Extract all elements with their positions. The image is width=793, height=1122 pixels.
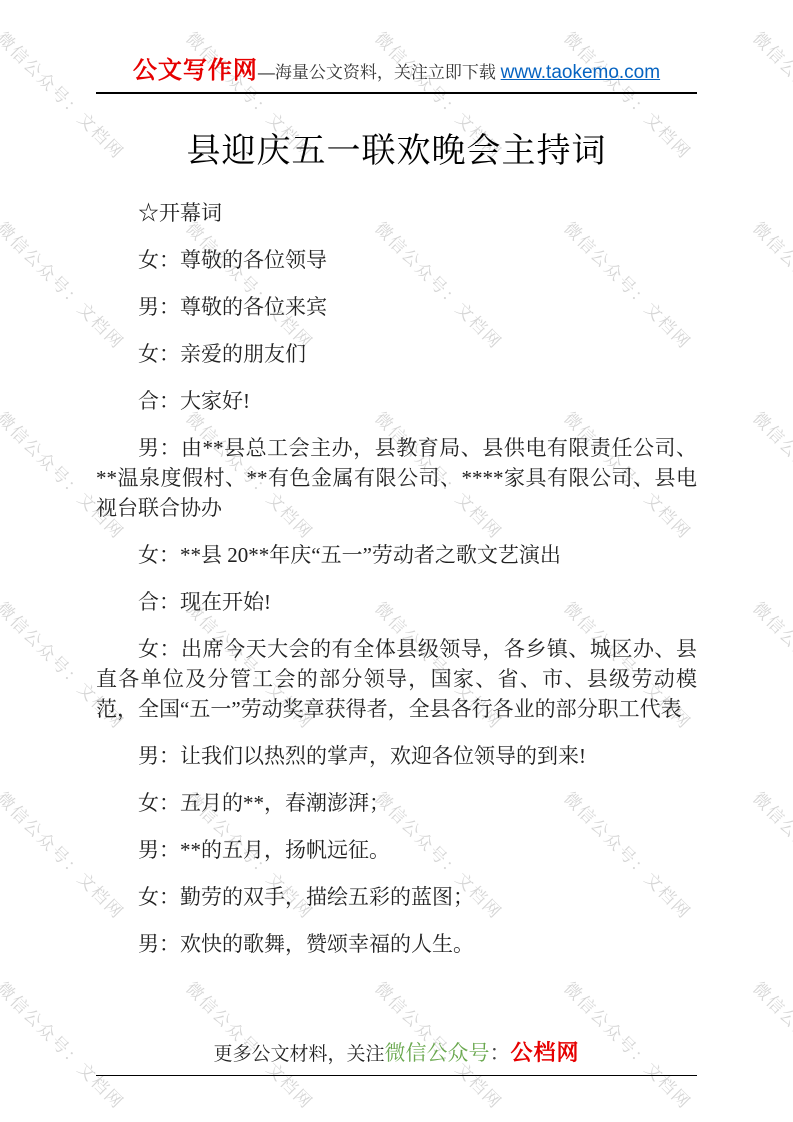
script-line: 合：大家好! xyxy=(96,386,697,416)
page-content: 公文写作网—海量公文资料，关注立即下载 www.taokemo.com 县迎庆五… xyxy=(0,0,793,959)
script-line: 合：现在开始! xyxy=(96,587,697,617)
document-title: 县迎庆五一联欢晚会主持词 xyxy=(0,130,793,174)
script-line: 女：**县 20**年庆“五一”劳动者之歌文艺演出 xyxy=(96,540,697,570)
document-body: ☆开幕词 女：尊敬的各位领导 男：尊敬的各位来宾 女：亲爱的朋友们 合：大家好!… xyxy=(96,198,697,959)
header-tagline: —海量公文资料，关注立即下载 xyxy=(258,63,501,82)
footer-divider xyxy=(96,1075,697,1076)
document-page: 微信公众号：文档网微信公众号：文档网微信公众号：文档网微信公众号：文档网微信公众… xyxy=(0,0,793,1122)
script-line: ☆开幕词 xyxy=(96,198,697,228)
footer-brand: 公档网 xyxy=(511,1040,580,1065)
footer-colon: ： xyxy=(490,1042,511,1065)
header-download-link[interactable]: www.taokemo.com xyxy=(501,62,660,83)
script-line: 女：出席今天大会的有全体县级领导，各乡镇、城区办、县直各单位及分管工会的部分领导… xyxy=(96,634,697,724)
site-logo-text: 公文写作网 xyxy=(133,57,258,84)
footer-wechat-label: 微信公众号 xyxy=(385,1042,490,1065)
page-footer: 更多公文材料，关注微信公众号：公档网 xyxy=(0,1036,793,1076)
script-line: 男：欢快的歌舞，赞颂幸福的人生。 xyxy=(96,929,697,959)
script-line: 女：亲爱的朋友们 xyxy=(96,339,697,369)
page-header: 公文写作网—海量公文资料，关注立即下载 www.taokemo.com xyxy=(0,0,793,85)
script-line: 女：五月的**，春潮澎湃； xyxy=(96,788,697,818)
script-line: 男：尊敬的各位来宾 xyxy=(96,292,697,322)
script-line: 男：**的五月，扬帆远征。 xyxy=(96,835,697,865)
script-line: 男：由**县总工会主办，县教育局、县供电有限责任公司、**温泉度假村、**有色金… xyxy=(96,433,697,523)
footer-text: 更多公文材料，关注 xyxy=(213,1044,384,1065)
script-line: 男：让我们以热烈的掌声，欢迎各位领导的到来! xyxy=(96,741,697,771)
script-line: 女：尊敬的各位领导 xyxy=(96,245,697,275)
script-line: 女：勤劳的双手，描绘五彩的蓝图； xyxy=(96,882,697,912)
header-divider xyxy=(96,92,697,94)
